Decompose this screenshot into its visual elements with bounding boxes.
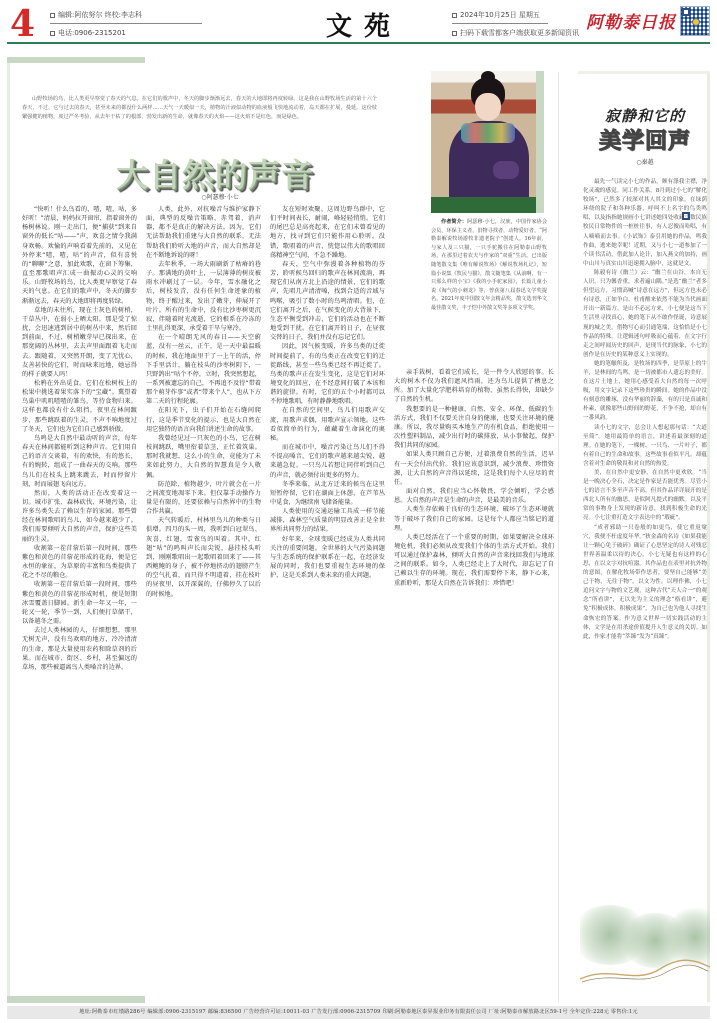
divider xyxy=(50,23,202,24)
paragraph: 陈毅有诗《幽兰》云：“幽兰在山谷，本自无人识。只为馨香重，求者遍山隅。”是选“幽… xyxy=(583,269,707,360)
phone-line: 电话:0906-2315201 xyxy=(58,29,126,37)
review-byline: ○秦越 xyxy=(600,157,690,166)
review-frame-top xyxy=(578,71,710,74)
article-title: 大自然的声音 xyxy=(110,150,320,196)
paragraph: 人类使用的交通运输工具成一样节能减排，森林空气质量的明显改善正是全世界所共同努力… xyxy=(270,507,385,534)
square-bullet-icon xyxy=(452,31,457,36)
square-bullet-icon xyxy=(50,13,55,18)
paragraph: 面对自然，我们应当心怀敬畏，学会倾听，学会感恩。大自然的声音是生命的声音，是最美… xyxy=(394,487,554,505)
article-column-4: 亲手栽树，看着它们成长，是一件令人欣慰的事。长大的树木不仅为我们遮风挡雨，还为鸟… xyxy=(394,368,554,986)
date-line: 2024年10月25日 星期五 xyxy=(460,11,540,19)
photo-detail xyxy=(475,93,501,121)
paragraph: 收割第一茬苜蓿后第一段时间，那些紫色和黄色的苜蓿花形成时机，便是短期冰雪覆盖日脚… xyxy=(22,580,137,626)
square-bullet-icon xyxy=(452,13,457,18)
paragraph: 在阳光下，虫子们开始在石缝间爬行，这是季节变化的提示，也是大自然在用它独特的语言… xyxy=(146,406,261,433)
page-number: 4 xyxy=(10,4,35,44)
author-photo xyxy=(431,71,544,213)
paragraph: “快听！什么鸟看的，喳，喳，咕，多好听！”清晨，妈妈拉开窗帘，指着窗外的杨树林说… xyxy=(22,205,137,306)
paragraph: 最先一气读完小七的作品，颇有涤我尘襟，净化灵魂的感觉。同工作关系，8月到过小七的… xyxy=(583,178,707,269)
watercolor-illustration xyxy=(580,905,710,997)
qr-center-logo xyxy=(692,18,700,26)
paragraph: 友在短时欢聚。这周边野鸟群中，它们平时间表长，耐闹，峰轻轻悄悄。它们的尾巴总是高… xyxy=(270,205,385,260)
paragraph: 美，在自然中更安静，在自然中更欢欣。“当是一晚决心全石，决定是作家是否能优秀。尽… xyxy=(583,469,707,524)
paragraph: 她的笔触所及，是牧场的四季，是草原上的牛羊，是林间的鸟鸣，是一切被都市人遗忘的美… xyxy=(583,360,707,424)
section-title: 文苑 xyxy=(326,6,402,43)
article-lead: 山野牧场的鸟，比人类更早察觉了春天的气息。在它们的歌声中，冬天的脚步渐渐远去，春… xyxy=(22,95,377,122)
bio-label: 作者简介： xyxy=(441,219,467,225)
photo-frame xyxy=(536,71,544,213)
bio-text: 阿瑟穆·小七，汉族，中国作家协会会员，环保主义者，旧物寻找者，动物爱好者，“阿勒… xyxy=(431,219,547,311)
masthead-rule xyxy=(7,42,710,44)
paragraph: 好年来，全球变暖已经成为人类共同关注的重要问题。全世界的大气污染问题与生态系统的… xyxy=(270,535,385,581)
paragraph: 天气转暖后，村林里鸟儿的种类与日俱增。四月的头一周，我听到白冠翠鸟、灰喜，红翅，… xyxy=(146,516,261,598)
paragraph: 亲手栽树，看着它们成长，是一件令人欣慰的事。长大的树木不仅为我们遮风挡雨，还为鸟… xyxy=(394,368,554,405)
paragraph: “成者邪助一只卷般的如更鸟，使它重返窠穴，我便不枉虚度年华。”狄金森的名诗《如果… xyxy=(583,524,707,642)
paragraph: 读小七的文字，总会让人想起那句话：“大道至简”。她用最简单的语言，讲述着最深刻的… xyxy=(583,424,707,469)
paragraph: 防范除，植物越少，叶片就会在一片之间流变地凋零下来。但仅靠手动操作力量是有限的，… xyxy=(146,480,261,517)
newspaper-logo: 阿勒泰日报 xyxy=(586,8,676,33)
photo-detail xyxy=(493,161,519,179)
square-bullet-icon xyxy=(50,31,55,36)
promo-line: 扫码下载雪都客户端获取更多新闻资讯 xyxy=(460,29,579,37)
paragraph: 春天，空气中弥漫着各种植物的芬芳，聆听候鸟回归的歌声在林间流淌，再现它们从南方北… xyxy=(270,260,385,342)
masthead: 4 编辑:阿依努尔 终校:李志科 电话:0906-2315201 文苑 2024… xyxy=(0,0,717,44)
divider xyxy=(452,23,548,24)
article-byline: ○阿瑟穆·小七 xyxy=(160,192,280,201)
paragraph: 去过人类林园的人，仔细想想，那里无树无声，没有鸟欢唱的地方，冷冷清清的生命，那是… xyxy=(22,626,137,672)
photo-detail xyxy=(461,123,515,143)
paragraph: 人类生存依赖于良好的生态环境，破坏了生态环境就等于破坏了我们自己的家园。这是每个… xyxy=(394,505,554,532)
paragraph: 在自然的空间里，鸟儿们用歌声交流，用歌声求偶，用歌声宣示领地。这些看似简单的行为… xyxy=(270,406,385,443)
wave-stroke-icon xyxy=(580,955,710,985)
paragraph: 如果人类只顾自己方便，过着浪费自然的生活，迟早有一天会付出代价。我们应该意识到，… xyxy=(394,450,554,487)
publisher-footer: 地址:阿勒泰市红墩路286号 编辑部:0906-2315197 邮编:83650… xyxy=(7,1006,710,1019)
article-frame xyxy=(7,63,10,996)
paragraph: 收割第一茬苜蓿后第一段时间，那些紫色和黄色的苜蓿花形成的花海，便是它永恒的象征，… xyxy=(22,544,137,581)
paragraph: 而在城市中，噪音污染让鸟儿们不得不提高嗓音，它们的歌声越来越尖锐，越来越急促。一… xyxy=(270,443,385,480)
photo-detail xyxy=(431,197,536,213)
paragraph: 人类，此外，对抗噪音与维护家静下面，典型的反噪音策略，赤驾着、消声器，都不是真正… xyxy=(146,205,261,260)
paragraph: 人类已经活在了一个重要的时期，如果要解决全球环境危机，我们必须从改变我们个体的生… xyxy=(394,533,554,588)
paragraph: 因此，因气候变暖，许多鸟类的迁徙时间提前了，有的鸟类正在改变它们的迁徙路线，甚至… xyxy=(270,342,385,406)
paragraph: 去年秋季，一场大雨刷新了枯瘠的巷子。那满地的黄叶上，一层薄薄的树皮被雨水冲刷过了… xyxy=(146,260,261,333)
article-column-1: “快听！什么鸟看的，喳，喳，咕，多好听！”清晨，妈妈拉开窗帘，指着窗外的杨树林说… xyxy=(22,205,137,985)
editor-info: 编辑:阿依努尔 终校:李志科 电话:0906-2315201 xyxy=(50,10,202,38)
paragraph: 我想要的是一种健康、自然、安全、环保、低碳的生活方式，我们不仅要关注自身的健康，… xyxy=(394,405,554,451)
article-column-3: 友在短时欢聚。这周边野鸟群中，它们平时间表长，耐闹，峰轻轻悄悄。它们的尾巴总是高… xyxy=(270,205,385,985)
qr-corner xyxy=(682,8,690,16)
review-title-script: 寂静和它的 xyxy=(580,105,710,126)
paragraph: 草地的未往所，现在土灰色的树梢，干草丛中，在弱小上晒太阳。那是受了惊扰，会迅速逃… xyxy=(22,306,137,379)
review-title: 美学回声 xyxy=(580,124,710,155)
editor-line: 编辑:阿依努尔 终校:李志科 xyxy=(58,11,142,19)
article-column-2: 人类，此外，对抗噪音与维护家静下面，典型的反噪音策略，赤驾着、消声器，都不是真正… xyxy=(146,205,261,985)
paragraph: 在一个晴朗无风的春日——天空蔚蓝，没有一丝云，正午，是一天中最温暖的时候，我在地… xyxy=(146,333,261,406)
paragraph: 冬季来临，从北方迁来的候鸟在这里短暂停留，它们在湖面上休憩，在芦苇丛中觅食，为继… xyxy=(270,480,385,507)
paragraph: 松鸦在外出觅食。它们在松树枝上的松果中挑选着果实落下的“宝藏”。冀望着鸟巢中叽叽… xyxy=(22,379,137,434)
qr-code-icon[interactable] xyxy=(680,6,710,36)
paragraph: 然而，人类的活动正在改变着这一切。城市扩张、森林砍伐、环境污染，让许多鸟类失去了… xyxy=(22,489,137,544)
paragraph: 我曾经见过一只灰色的小鸟，它在树枝间跳跃，嘴里衔着草茎，正忙着筑巢。那时我就想，… xyxy=(146,434,261,480)
paragraph: 鸟鸣是大自然中最动听的声音，每年春天在林间都能听到这种声音。它们用自己的语言交谈… xyxy=(22,434,137,489)
author-bio: 作者简介：阿瑟穆·小七，汉族，中国作家协会会员，环保主义者，旧物寻找者，动物爱好… xyxy=(431,218,547,313)
decorative-bar xyxy=(7,57,145,63)
review-body: 最先一气读完小七的作品，颇有涤我尘襟，净化灵魂的感觉。同工作关系，8月到过小七的… xyxy=(583,178,707,902)
decorative-bar xyxy=(7,996,145,1003)
